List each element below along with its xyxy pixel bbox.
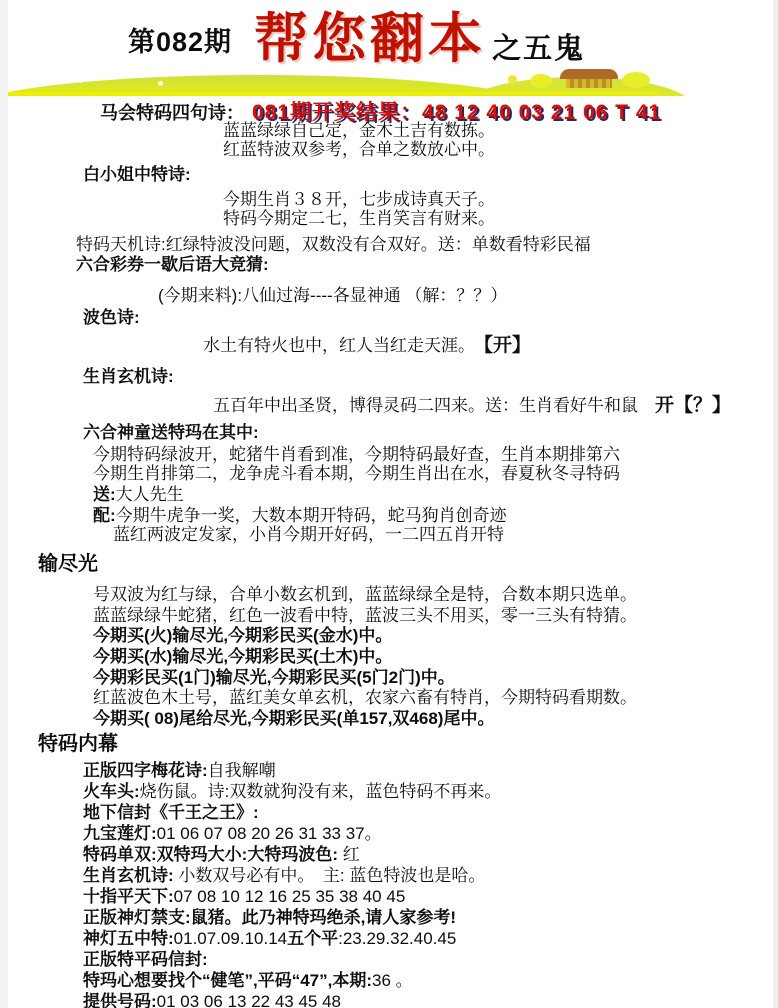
zodiac-poem-line: 五百年中出圣贤，博得灵码二四来。送：生肖看好牛和鼠 开【？】 [213, 396, 773, 415]
poem-line: 红蓝特波双参考，合单之数放心中。 [223, 140, 773, 159]
lamp-five-label: 神灯五中特: [83, 929, 174, 948]
shujinguang-line: 号双波为红与绿，合单小数玄机到，蓝蓝绿绿全是特，合数本期只选单。 [93, 585, 773, 604]
lotus-lamp-label: 九宝莲灯: [83, 824, 157, 843]
envelope-value: 36 。 [372, 971, 413, 990]
tip-line: 今期生肖排第二，龙争虎斗看本期，今期生肖出在水，春夏秋冬寻特码 [93, 464, 773, 483]
insider-line: 正版四字梅花诗:自我解嘲 [83, 761, 773, 780]
shujinguang-line: 红蓝波色木土号，蓝红美女单玄机，农家六畜有特肖，今期特码看期数。 [93, 688, 773, 707]
insider-line: 九宝莲灯:01 06 07 08 20 26 31 33 37。 [83, 824, 773, 843]
shujinguang-line: 今期买(水)输尽光,今期彩民买(土木)中。 [93, 647, 773, 666]
section-heading-insider: 特码内幕 [38, 734, 773, 755]
shujinguang-line: 今期买( 08)尾给尽光,今期彩民买(单157,双468)尾中。 [93, 709, 773, 728]
page-subtitle: 之五鬼 [492, 26, 585, 67]
ten-fingers-numbers: 07 08 10 12 16 25 35 38 40 45 [174, 887, 406, 906]
flower-dot-icon [508, 75, 517, 84]
bush-icon [622, 72, 650, 88]
insider-line: 提供号码:01 03 06 13 22 43 45 48 [83, 992, 773, 1008]
gift-line: 送:大人先生 [93, 485, 773, 504]
heaven-secret-label: 特码天机诗: [76, 235, 166, 254]
insider-line: 特码单双:双特玛大小:大特玛波色: 红 [83, 845, 773, 864]
insider-line: 神灯五中特:01.07.09.10.14五个平:23.29.32.40.45 [83, 929, 773, 948]
lotus-lamp-numbers: 01 06 07 08 20 26 31 33 37。 [157, 824, 382, 843]
zodiac-mystery-text: 小数双号必有中。 主: 蓝色特波也是哈。 [174, 866, 486, 885]
locomotive-text: 烧伤鼠。诗:双数就狗没有来，蓝色特码不再来。 [140, 782, 502, 801]
insider-line: 正版特平码信封: [83, 950, 773, 969]
flower-dot-icon [158, 81, 163, 86]
plum-poem-label: 正版四字梅花诗: [83, 761, 208, 780]
shujinguang-line: 今期彩民买(1门)输尽光,今期彩民买(5门2门)中。 [93, 668, 773, 687]
section-heading-shujinguang: 输尽光 [38, 554, 773, 575]
section-heading-miss-bai: 白小姐中特诗: [83, 165, 773, 184]
heaven-secret-poem-line: 特码天机诗:红绿特波没问题，双数没有合双好。送：单数看特彩民福 [76, 235, 773, 254]
plum-poem-text: 自我解嘲 [208, 761, 276, 780]
open-mark: 【开】 [484, 335, 532, 356]
flower-dot-icon [78, 77, 84, 83]
page-title: 帮您翻本 [254, 12, 486, 66]
hut-roof [560, 69, 618, 79]
section-heading-zodiac-poem: 生肖玄机诗: [83, 367, 773, 386]
draw-result-row: 马会特码四句诗： 081期开奖结果：48 12 40 03 21 06 T 41 [100, 96, 773, 120]
poem-line: 今期生肖３８开，七步成诗真天子。 [223, 190, 773, 209]
locomotive-label: 火车头: [83, 782, 140, 801]
wave-poem-text: 水土有特火也中，红人当红走天涯。 [203, 336, 484, 355]
match-line: 配:今期牛虎争一奖，大数本期开特码，蛇马狗肖创奇迹 [93, 506, 773, 525]
tip-line: 今期特码绿波开，蛇猪牛肖看到准，今期特码最好查，生肖本期排第六 [93, 445, 773, 464]
section-heading-wave-poem: 波色诗: [83, 308, 773, 327]
issue-number: 第082期 [128, 20, 232, 59]
insider-line: 特玛心想要找个“健笔”,平码“47”,本期:36 。 [83, 971, 773, 990]
insider-line: 地下信封《千王之王》: [83, 803, 773, 822]
odd-even-label: 特码单双:双特玛大小:大特玛波色: [83, 845, 338, 864]
shujinguang-line: 蓝蓝绿绿牛蛇猪，红色一波看中特，蓝波三头不用买，零一三头有特猜。 [93, 606, 773, 625]
hut-body [566, 79, 612, 88]
grass-baseline [8, 92, 658, 95]
riddle-line: (今期来料):八仙过海----各显神通 （解：？？） [158, 286, 773, 305]
zodiac-poem-text: 五百年中出圣贤，博得灵码二四来。送：生肖看好牛和鼠 [213, 396, 655, 415]
five-flat-numbers: :23.29.32.40.45 [338, 929, 456, 948]
gift-label: 送: [93, 485, 116, 504]
provided-numbers-label: 提供号码: [83, 992, 157, 1008]
match-line-2: 蓝红两波定发家，小肖今期开好码，一二四五肖开特 [113, 525, 773, 544]
odd-even-value: 红 [338, 845, 360, 864]
provided-numbers: 01 03 06 13 22 43 45 48 [157, 992, 341, 1008]
grass-banner [8, 66, 773, 96]
open-question-mark: 开【？】 [655, 395, 731, 416]
gift-text: 大人先生 [116, 485, 184, 504]
heaven-secret-text: 红绿特波没问题，双数没有合双好。送：单数看特彩民福 [166, 235, 591, 254]
insider-line: 火车头:烧伤鼠。诗:双数就狗没有来，蓝色特码不再来。 [83, 782, 773, 801]
riddle-heading: 六合彩券一歇后语大竞猜: [76, 255, 773, 274]
hut-icon [560, 69, 618, 91]
insider-line: 十指平天下:07 08 10 12 16 25 35 38 40 45 [83, 887, 773, 906]
match-text: 今期牛虎争一奖，大数本期开特码，蛇马狗肖创奇迹 [116, 506, 507, 525]
envelope-label: 特玛心想要找个“健笔”,平码“47”,本期: [83, 971, 372, 990]
masthead: 第082期 帮您翻本 之五鬼 [8, 0, 773, 68]
zodiac-mystery-label: 生肖玄机诗: [83, 866, 174, 885]
five-flat-label: 五个平 [287, 929, 338, 948]
lamp-five-numbers: 01.07.09.10.14 [174, 929, 287, 948]
bush-icon [530, 74, 552, 88]
section-heading-child-tips: 六合神童送特玛在其中: [83, 423, 773, 442]
poem-line: 特码今期定二七，生肖笑言有财来。 [223, 209, 773, 228]
wave-poem-line: 水土有特火也中，红人当红走天涯。 【开】 [203, 336, 773, 355]
match-label: 配: [93, 506, 116, 525]
ten-fingers-label: 十指平天下: [83, 887, 174, 906]
insider-line: 生肖玄机诗: 小数双号必有中。 主: 蓝色特波也是哈。 [83, 866, 773, 885]
shujinguang-line: 今期买(火)输尽光,今期彩民买(金水)中。 [93, 626, 773, 645]
insider-line: 正版神灯禁支:鼠猪。此乃神特玛绝杀,请人家参考! [83, 908, 773, 927]
